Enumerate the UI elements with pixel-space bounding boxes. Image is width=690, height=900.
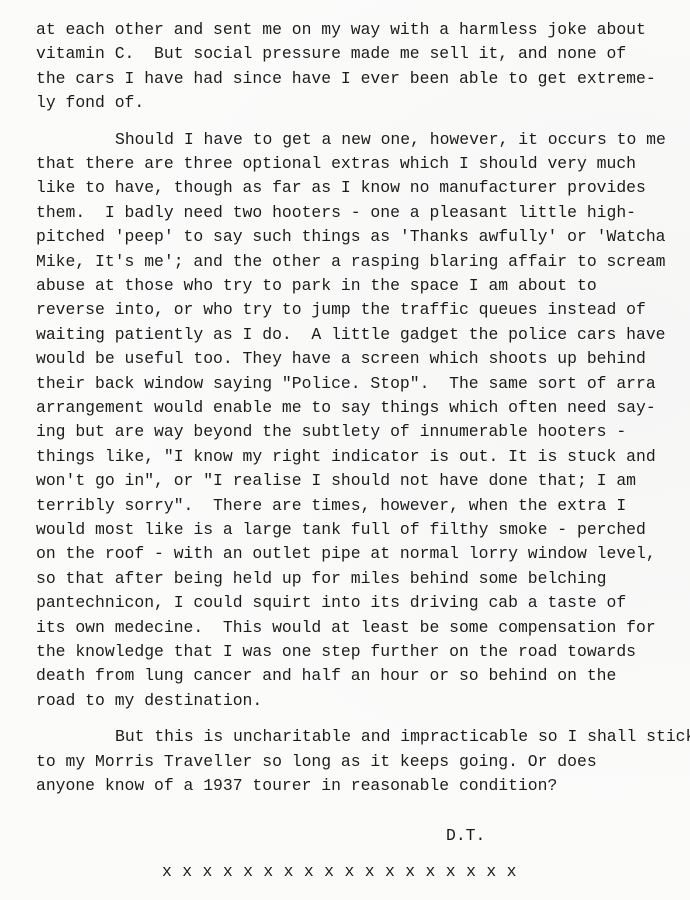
text-line: would be useful too. They have a screen …	[36, 349, 646, 369]
text-line: the cars I have had since have I ever be…	[36, 69, 656, 89]
text-line: so that after being held up for miles be…	[36, 569, 607, 589]
text-line: anyone know of a 1937 tourer in reasonab…	[36, 776, 557, 796]
text-line: death from lung cancer and half an hour …	[36, 666, 616, 686]
text-line: them. I badly need two hooters - one a p…	[36, 203, 636, 223]
text-line: won't go in", or "I realise I should not…	[36, 471, 636, 491]
author-signature: D.T.	[446, 826, 485, 846]
section-separator: x x x x x x x x x x x x x x x x x x	[162, 862, 517, 882]
text-line: ly fond of.	[36, 93, 144, 113]
text-line: pitched 'peep' to say such things as 'Th…	[36, 227, 666, 247]
text-line: terribly sorry". There are times, howeve…	[36, 496, 626, 516]
text-line: But this is uncharitable and impracticab…	[115, 727, 690, 747]
text-line: waiting patiently as I do. A little gadg…	[36, 325, 666, 345]
text-line: would most like is a large tank full of …	[36, 520, 646, 540]
text-line: ing but are way beyond the subtlety of i…	[36, 422, 626, 442]
text-line: Mike, It's me'; and the other a rasping …	[36, 252, 666, 272]
text-line: on the roof - with an outlet pipe at nor…	[36, 544, 656, 564]
text-line: that there are three optional extras whi…	[36, 154, 636, 174]
text-line: pantechnicon, I could squirt into its dr…	[36, 593, 626, 613]
text-line: like to have, though as far as I know no…	[36, 178, 646, 198]
text-line: to my Morris Traveller so long as it kee…	[36, 752, 597, 772]
text-line: reverse into, or who try to jump the tra…	[36, 300, 646, 320]
text-line: vitamin C. But social pressure made me s…	[36, 44, 626, 64]
text-line: Should I have to get a new one, however,…	[115, 130, 666, 150]
text-line: their back window saying "Police. Stop".…	[36, 374, 656, 394]
text-line: its own medecine. This would at least be…	[36, 618, 656, 638]
text-line: the knowledge that I was one step furthe…	[36, 642, 636, 662]
text-line: things like, "I know my right indicator …	[36, 447, 656, 467]
text-line: road to my destination.	[36, 691, 262, 711]
text-line: arrangement would enable me to say thing…	[36, 398, 656, 418]
typewritten-page: at each other and sent me on my way with…	[0, 0, 690, 900]
text-line: at each other and sent me on my way with…	[36, 20, 646, 40]
text-line: abuse at those who try to park in the sp…	[36, 276, 597, 296]
